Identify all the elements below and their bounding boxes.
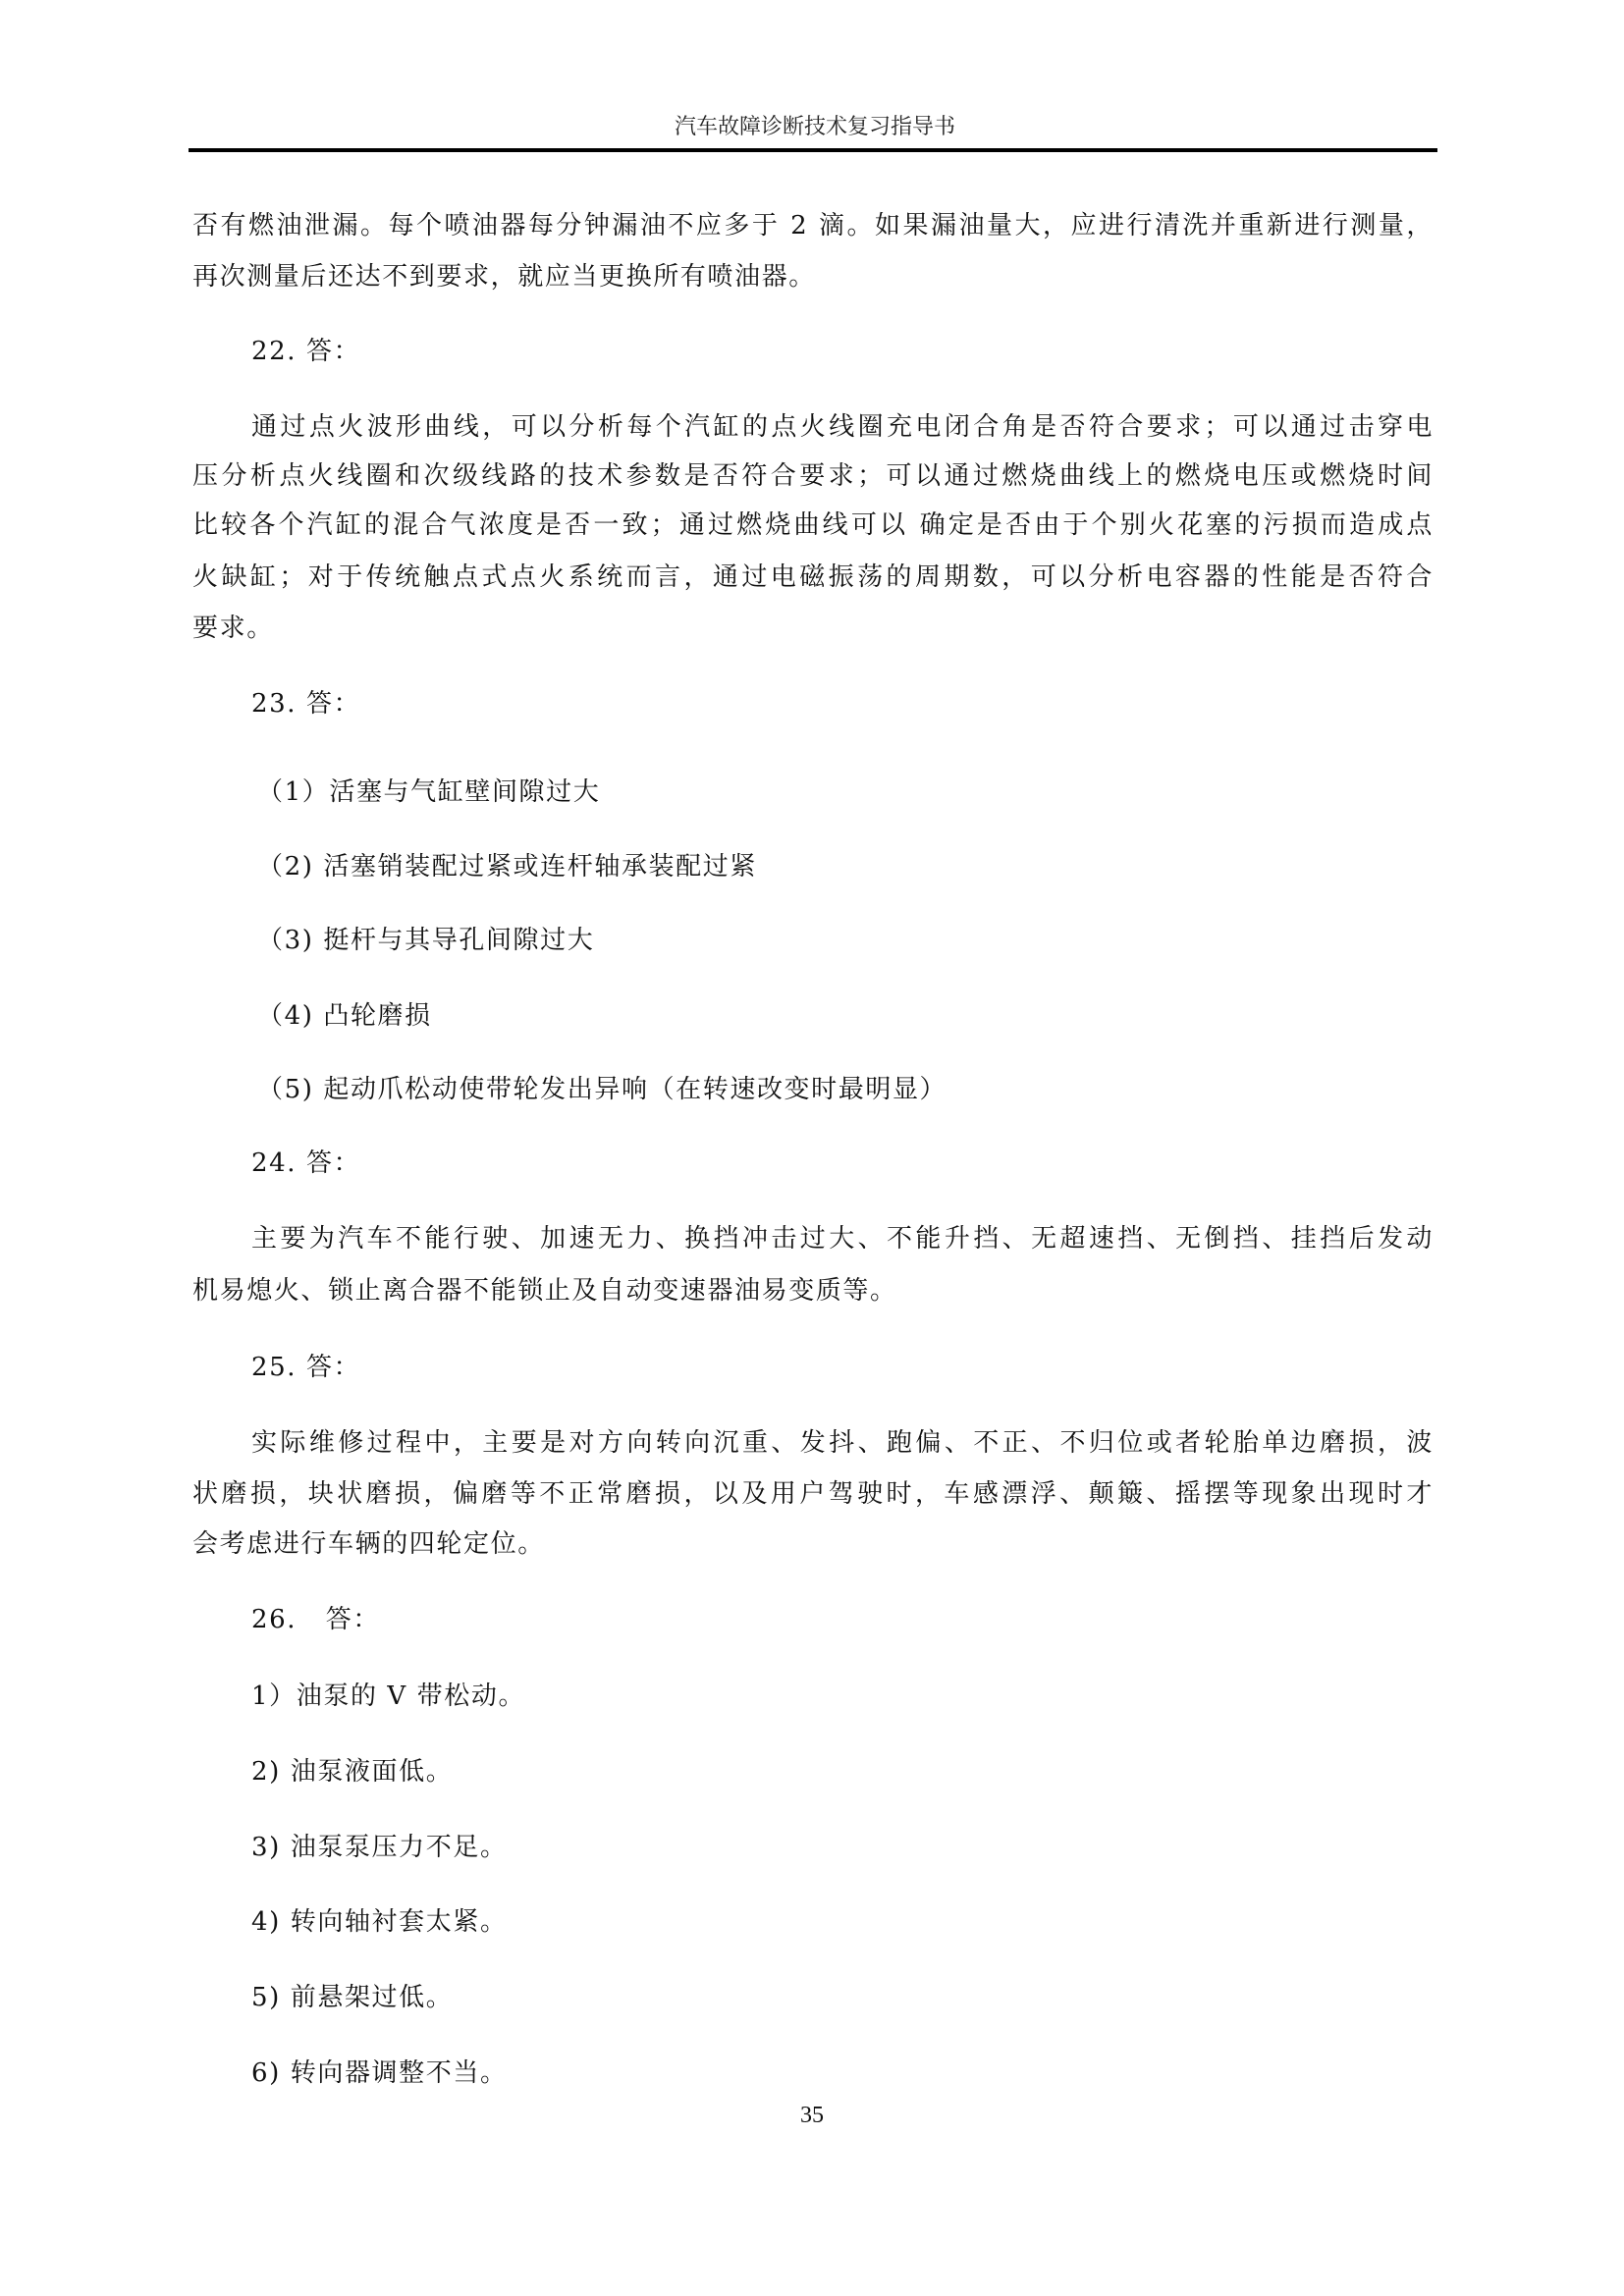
paragraph-line: 要求。 (192, 612, 1434, 645)
document-page: 汽车故障诊断技术复习指导书 否有燃油泄漏。每个喷油器每分钟漏油不应多于 2 滴。… (0, 0, 1624, 2296)
list-item: 1）油泵的 V 带松动。 (251, 1680, 1492, 1713)
paragraph-line: 比较各个汽缸的混合气浓度是否一致；通过燃烧曲线可以 确定是否由于个别火花塞的污损… (192, 508, 1434, 542)
paragraph-line: 主要为汽车不能行驶、加速无力、换挡冲击过大、不能升挡、无超速挡、无倒挡、挂挡后发… (251, 1222, 1434, 1255)
list-item: （4) 凸轮磨损 (257, 999, 1498, 1033)
page-number: 35 (785, 2101, 839, 2130)
list-item: 6) 转向器调整不当。 (251, 2056, 1492, 2090)
paragraph-line: 通过点火波形曲线，可以分析每个汽缸的点火线圈充电闭合角是否符合要求；可以通过击穿… (251, 410, 1434, 444)
list-item: （1）活塞与气缸壁间隙过大 (257, 775, 1498, 809)
list-item: （3) 挺杆与其导孔间隙过大 (257, 924, 1498, 957)
paragraph-line: 再次测量后还达不到要求，就应当更换所有喷油器。 (192, 260, 1434, 294)
paragraph-line: 实际维修过程中，主要是对方向转向沉重、发抖、跑偏、不正、不归位或者轮胎单边磨损，… (251, 1426, 1434, 1460)
header-rule (189, 148, 1437, 152)
answer-label-23: 23. 答： (251, 687, 1492, 721)
list-item: （2) 活塞销装配过紧或连杆轴承装配过紧 (257, 850, 1498, 883)
list-item: （5) 起动爪松动使带轮发出异响（在转速改变时最明显） (257, 1073, 1498, 1106)
list-item: 2) 油泵液面低。 (251, 1755, 1492, 1789)
answer-label-24: 24. 答： (251, 1147, 1492, 1180)
paragraph-line: 压分析点火线圈和次级线路的技术参数是否符合要求；可以通过燃烧曲线上的燃烧电压或燃… (192, 459, 1434, 493)
paragraph-line: 状磨损，块状磨损，偏磨等不正常磨损，以及用户驾驶时，车感漂浮、颠簸、摇摆等现象出… (192, 1477, 1434, 1511)
paragraph-line: 机易熄火、锁止离合器不能锁止及自动变速器油易变质等。 (192, 1274, 1434, 1308)
list-item: 5) 前悬架过低。 (251, 1981, 1492, 2014)
paragraph-line: 会考虑进行车辆的四轮定位。 (192, 1527, 1434, 1561)
answer-label-22: 22. 答： (251, 335, 1492, 368)
paragraph-line: 否有燃油泄漏。每个喷油器每分钟漏油不应多于 2 滴。如果漏油量大，应进行清洗并重… (192, 209, 1434, 242)
paragraph-line: 火缺缸；对于传统触点式点火系统而言，通过电磁振荡的周期数，可以分析电容器的性能是… (192, 561, 1434, 594)
list-item: 4) 转向轴衬套太紧。 (251, 1905, 1492, 1939)
answer-label-25: 25. 答： (251, 1351, 1492, 1384)
answer-label-26: 26. 答： (251, 1603, 1492, 1636)
list-item: 3) 油泵泵压力不足。 (251, 1831, 1492, 1864)
running-header: 汽车故障诊断技术复习指导书 (192, 114, 1437, 141)
